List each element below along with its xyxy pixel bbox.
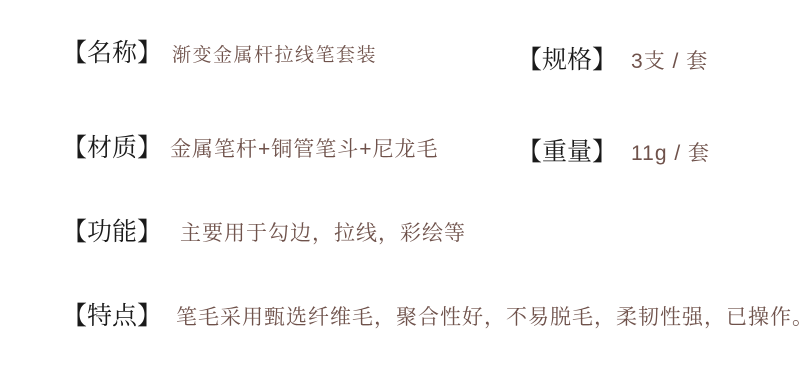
field-value-feature: 笔毛采用甄选纤维毛，聚合性好，不易脱毛，柔韧性强，已操作。 — [176, 306, 800, 329]
field-label-weight: 【重量】 — [517, 139, 617, 167]
field-label-function: 【功能】 — [62, 219, 162, 247]
spec-row-name: 【名称】 渐变金属杆拉线笔套装 — [62, 40, 377, 68]
field-label-feature: 【特点】 — [62, 303, 162, 331]
field-value-material: 金属笔杆+铜管笔斗+尼龙毛 — [170, 138, 439, 161]
spec-row-material: 【材质】 金属笔杆+铜管笔斗+尼龙毛 — [62, 135, 439, 163]
product-spec-sheet: 【名称】 渐变金属杆拉线笔套装 【规格】 3支 / 套 【材质】 金属笔杆+铜管… — [0, 0, 800, 370]
field-value-specification: 3支 / 套 — [631, 50, 708, 73]
spec-row-function: 【功能】 主要用于勾边，拉线，彩绘等 — [62, 219, 466, 247]
field-value-name: 渐变金属杆拉线笔套装 — [172, 46, 377, 67]
field-value-function: 主要用于勾边，拉线，彩绘等 — [180, 222, 466, 245]
field-value-weight: 11g / 套 — [631, 142, 710, 165]
field-label-name: 【名称】 — [62, 40, 162, 68]
field-label-material: 【材质】 — [62, 135, 162, 163]
spec-row-specification: 【规格】 3支 / 套 — [517, 47, 708, 75]
spec-row-weight: 【重量】 11g / 套 — [517, 139, 710, 167]
field-label-specification: 【规格】 — [517, 47, 617, 75]
spec-row-feature: 【特点】 笔毛采用甄选纤维毛，聚合性好，不易脱毛，柔韧性强，已操作。 — [62, 303, 800, 331]
